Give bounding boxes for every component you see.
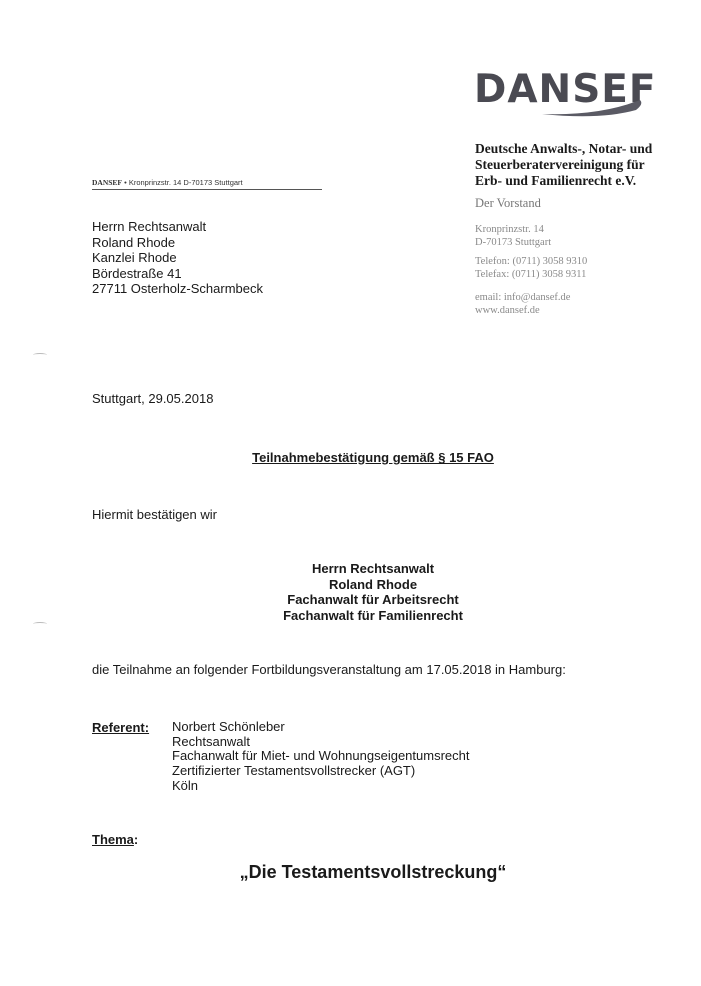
org-email: email: info@dansef.de [475,291,570,304]
org-phone: Telefon: (0711) 3058 9310 Telefax: (0711… [475,255,587,281]
speaker-details: Norbert Schönleber Rechtsanwalt Fachanwa… [172,720,469,794]
organization-name: Deutsche Anwalts-, Notar- und Steuerbera… [475,141,652,189]
org-web: email: info@dansef.de www.dansef.de [475,291,570,317]
logo-swoosh-icon [540,96,646,118]
confirmed-person: Herrn Rechtsanwalt Roland Rhode Fachanwa… [0,561,701,623]
intro-text: Hiermit bestätigen wir [92,507,217,522]
department: Der Vorstand [475,196,541,211]
event-line: die Teilnahme an folgender Fortbildungsv… [92,662,566,677]
org-address: Kronprinzstr. 14 D-70173 Stuttgart [475,223,551,249]
org-website: www.dansef.de [475,304,570,317]
sender-return-line: DANSEF • Kronprinzstr. 14 D-70173 Stuttg… [92,178,322,190]
fold-mark [33,353,47,357]
topic-label: Thema: [92,832,138,847]
subject-heading: Teilnahmebestätigung gemäß § 15 FAO [0,450,701,465]
speaker-label: Referent: [92,720,149,735]
date-line: Stuttgart, 29.05.2018 [92,391,213,406]
recipient-address: Herrn Rechtsanwalt Roland Rhode Kanzlei … [92,219,263,297]
topic-title: „Die Testamentsvollstreckung“ [0,862,701,883]
